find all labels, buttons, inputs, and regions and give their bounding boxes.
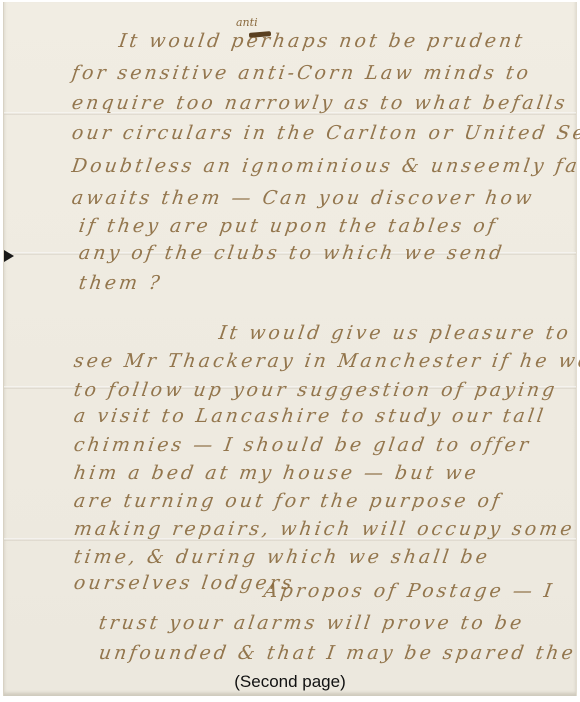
handwritten-line: Doubtless an ignominious & unseemly fate [70, 155, 580, 177]
handwritten-line: see Mr Thackeray in Manchester if he wer… [72, 350, 580, 372]
page-caption: (Second page) [0, 672, 580, 692]
handwritten-line: are turning out for the purpose of [72, 490, 503, 512]
edge-notch [4, 250, 14, 262]
handwritten-line: ourselves lodgers [72, 572, 296, 594]
handwritten-line: unfounded & that I may be spared the [97, 642, 577, 664]
handwritten-line: awaits them — Can you discover how [70, 187, 535, 209]
handwritten-line: Apropos of Postage — I [262, 580, 556, 602]
handwritten-line: our circulars in the Carlton or United S… [70, 122, 580, 144]
handwritten-line: chimnies — I should be glad to offer [72, 434, 532, 456]
handwritten-line: any of the clubs to which we send [77, 242, 506, 264]
handwritten-line: making repairs, which will occupy some [72, 518, 576, 540]
handwritten-line: them ? [77, 272, 163, 294]
handwritten-line: him a bed at my house — but we [72, 462, 480, 484]
handwritten-line: time, & during which we shall be [72, 546, 491, 568]
handwritten-line: if they are put upon the tables of [77, 215, 499, 237]
handwritten-line: enquire too narrowly as to what befalls [70, 92, 569, 114]
handwritten-line: for sensitive anti-Corn Law minds to [70, 62, 532, 84]
letter-page: anti It would perhaps not be prudent for… [3, 2, 577, 696]
interlinear-word: anti [236, 16, 258, 29]
handwritten-line: It would perhaps not be prudent [117, 30, 526, 52]
handwritten-line: to follow up your suggestion of paying [72, 379, 558, 401]
handwritten-line: It would give us pleasure to [217, 322, 572, 344]
handwritten-line: trust your alarms will prove to be [97, 612, 525, 634]
handwritten-line: a visit to Lancashire to study our tall [72, 405, 547, 427]
